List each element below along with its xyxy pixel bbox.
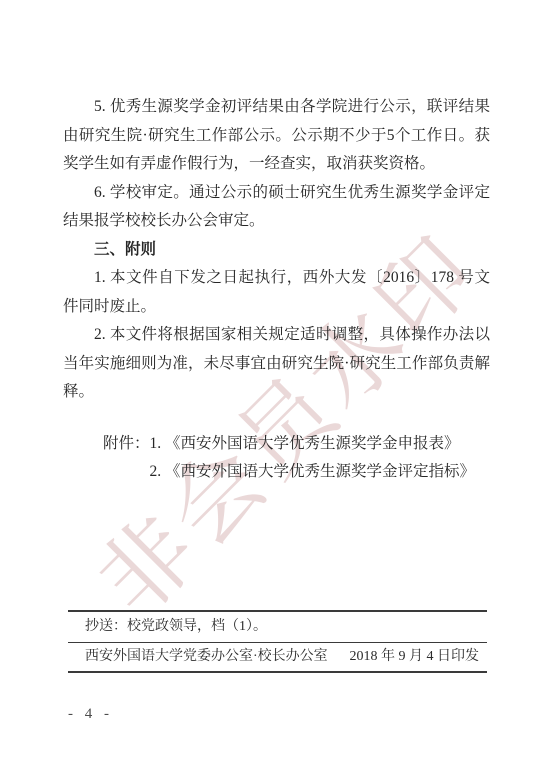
issue-row: 西安外国语大学党委办公室·校长办公室 2018 年 9 月 4 日印发 bbox=[68, 643, 487, 671]
rule-paragraph-1: 1. 本文件自下发之日起执行，西外大发〔2016〕178 号文件同时废止。 bbox=[63, 264, 490, 321]
issuing-office-text: 西安外国语大学党委办公室·校长办公室 bbox=[85, 647, 328, 667]
paragraph-item-6: 6. 学校审定。通过公示的硕士研究生优秀生源奖学金评定结果报学校校长办公会审定。 bbox=[63, 179, 490, 236]
attachments-block: 附件： 1. 《西安外国语大学优秀生源奖学金申报表》 2. 《西安外国语大学优秀… bbox=[63, 430, 490, 487]
attachment-item-2: 2. 《西安外国语大学优秀生源奖学金评定指标》 bbox=[150, 458, 490, 487]
issue-date-text: 2018 年 9 月 4 日印发 bbox=[350, 647, 480, 667]
document-body: 5. 优秀生源奖学金初评结果由各学院进行公示，联评结果由研究生院·研究生工作部公… bbox=[63, 93, 490, 487]
footer-bottom-rule bbox=[68, 671, 487, 673]
section-heading-appendix-rules: 三、附则 bbox=[63, 236, 490, 265]
document-footer: 抄送：校党政领导，档（1）。 西安外国语大学党委办公室·校长办公室 2018 年… bbox=[68, 610, 487, 673]
attachment-item-1: 1. 《西安外国语大学优秀生源奖学金申报表》 bbox=[150, 430, 490, 459]
page-number: - 4 - bbox=[68, 706, 113, 723]
rule-paragraph-2: 2. 本文件将根据国家相关规定适时调整，具体操作办法以当年实施细则为准，未尽事宜… bbox=[63, 321, 490, 407]
attachments-list: 1. 《西安外国语大学优秀生源奖学金申报表》 2. 《西安外国语大学优秀生源奖学… bbox=[150, 430, 490, 487]
attachments-label: 附件： bbox=[103, 430, 150, 487]
cc-text: 抄送：校党政领导，档（1）。 bbox=[85, 619, 267, 634]
paragraph-item-5: 5. 优秀生源奖学金初评结果由各学院进行公示，联评结果由研究生院·研究生工作部公… bbox=[63, 93, 490, 179]
document-page: 非会员水印 5. 优秀生源奖学金初评结果由各学院进行公示，联评结果由研究生院·研… bbox=[0, 0, 553, 783]
cc-row: 抄送：校党政领导，档（1）。 bbox=[68, 612, 487, 642]
